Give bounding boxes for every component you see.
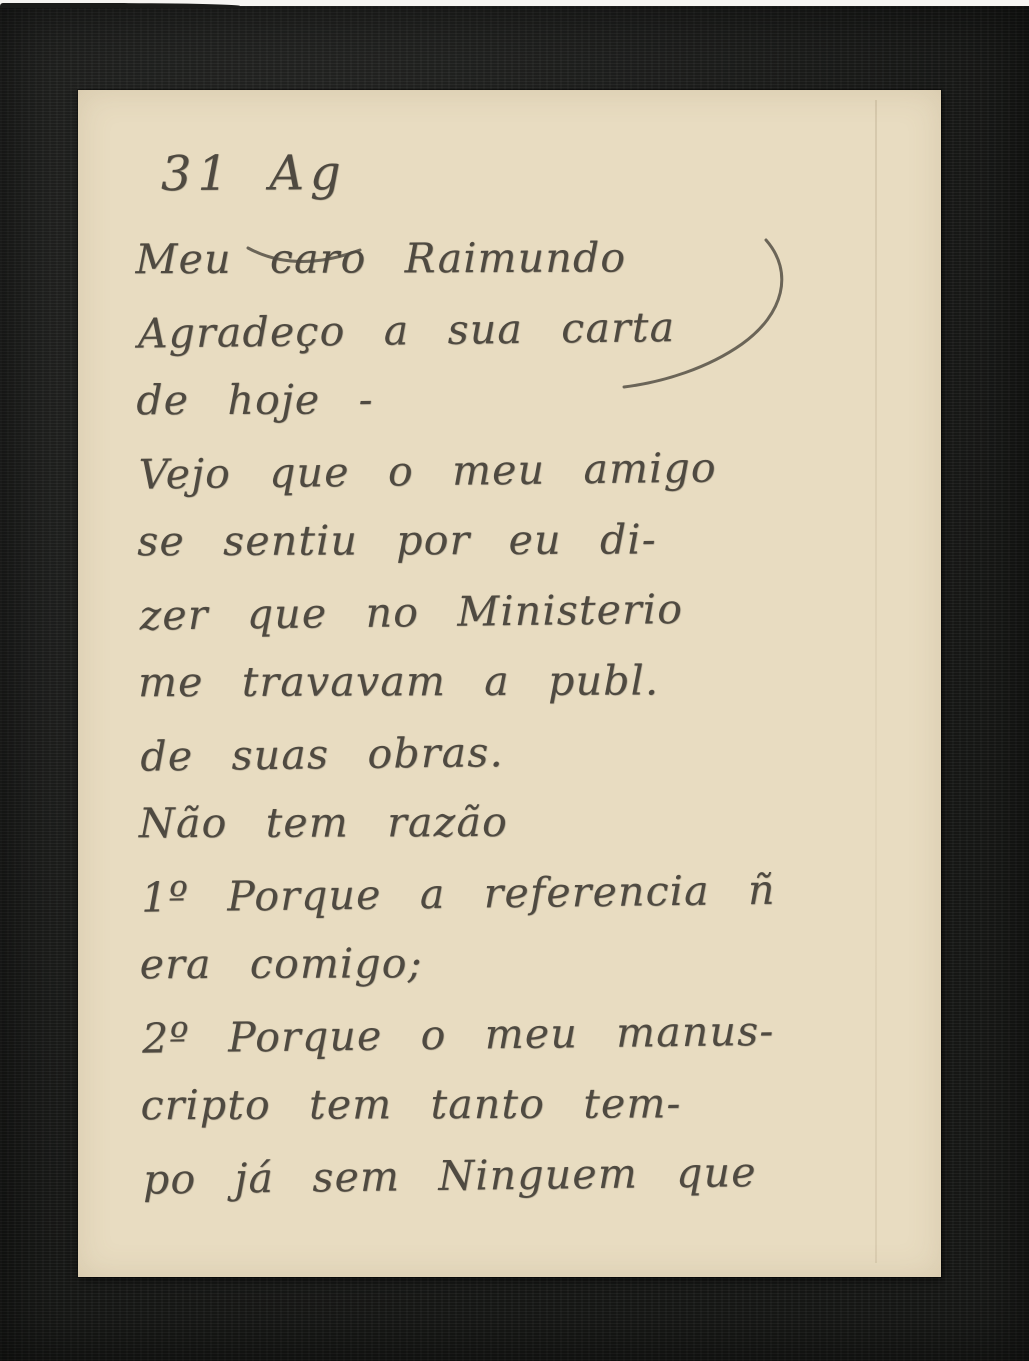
letter-body: 31 Ag Meu caro Raimundo Agradeço a sua c… (74, 87, 944, 1279)
handwriting-line: Não tem razão (139, 797, 908, 870)
handwriting-line-second-reason: 2º Porque o meu manus- (142, 1005, 912, 1085)
letter-paper: 31 Ag Meu caro Raimundo Agradeço a sua c… (78, 90, 941, 1277)
handwriting-line-salutation: Meu caro Raimundo (135, 233, 904, 306)
handwriting-line: me travavam a publ. (138, 656, 907, 729)
handwriting-line: cripto tem tanto tem- (141, 1079, 910, 1152)
handwriting-line: de hoje - (136, 374, 905, 447)
handwriting-line: se sentiu por eu di- (137, 515, 906, 588)
handwriting-line-first-reason: 1º Porque a referencia ñ (141, 864, 911, 944)
handwriting-line: po já sem Ninguem que (143, 1146, 913, 1226)
handwriting-line: de suas obras. (140, 723, 910, 803)
handwriting-line: zer que no Ministerio (139, 582, 909, 662)
handwriting-line: era comigo; (140, 938, 909, 1011)
letter-scan: 31 Ag Meu caro Raimundo Agradeço a sua c… (0, 0, 1029, 1361)
date-heading: 31 Ag (161, 142, 905, 237)
handwriting-line: Agradeço a sua carta (137, 300, 907, 380)
handwriting-line: Vejo que o meu amigo (138, 441, 908, 521)
